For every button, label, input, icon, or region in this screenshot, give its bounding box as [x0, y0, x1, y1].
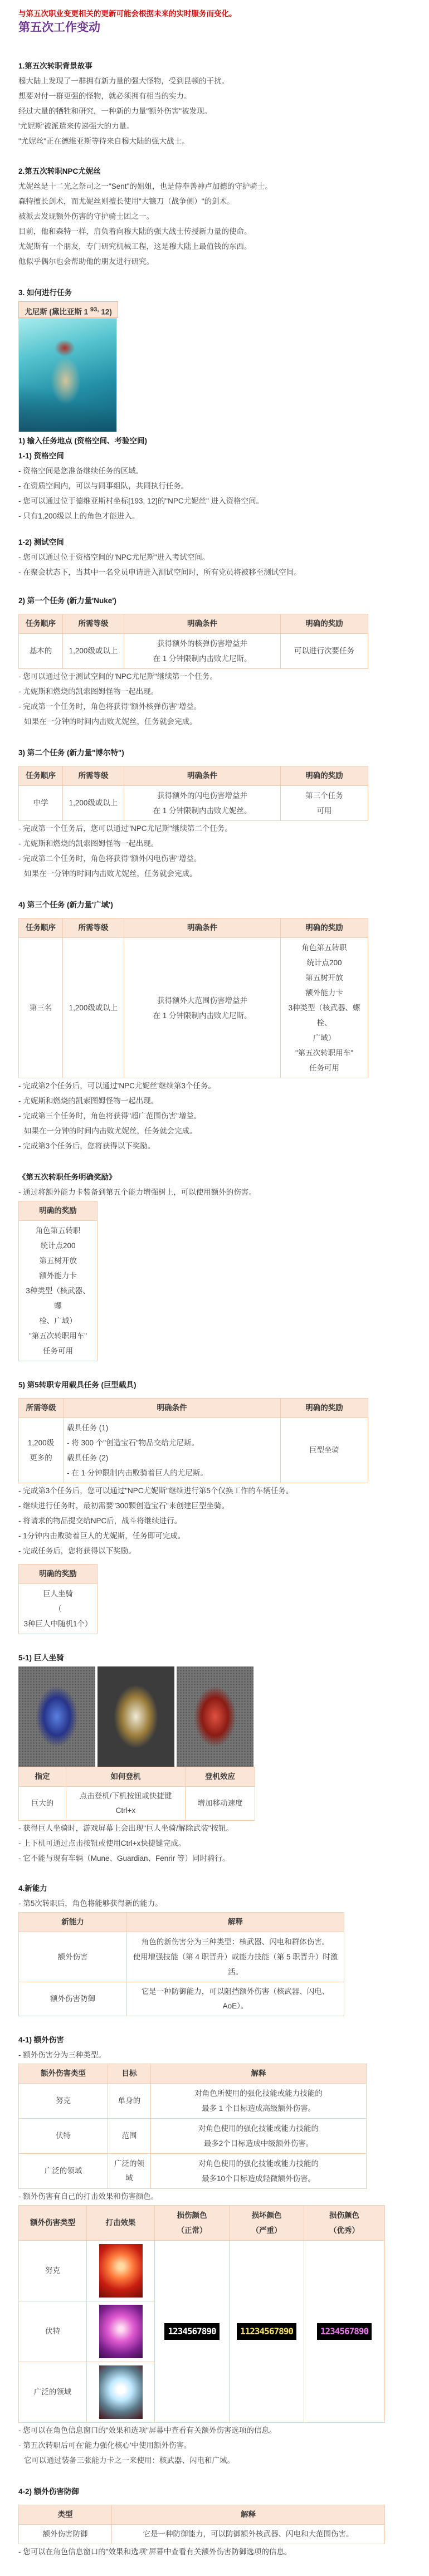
- text-line: 第五树开放: [22, 1253, 94, 1268]
- text-line: （: [22, 1601, 94, 1616]
- new-ability-heading: 4.新能力: [18, 1881, 412, 1896]
- text-line: - 在 1 分钟限制内击败骑着巨人的尤尼斯。: [67, 1465, 277, 1480]
- table-cell: 1,200级或以上: [63, 786, 124, 821]
- text-line: 更多的: [22, 1450, 60, 1465]
- table-header-cell: 解释: [151, 2064, 367, 2084]
- table-cell: 巨型坐骑: [281, 1418, 368, 1483]
- table-cell: 11234567890: [230, 2241, 304, 2423]
- table-cell: 1,200级或以上: [63, 938, 124, 1078]
- table-cell: 对角色所使用的强化技能或能力技能的 最多 1 个目标造成高级额外伤害。: [151, 2084, 367, 2119]
- text-line: - 完成任务后，您将获得以下奖励。: [18, 1543, 412, 1558]
- giant-mount-images: [18, 1666, 412, 1767]
- text-line: 3种类型（核武器、螺: [22, 1283, 94, 1313]
- text-line: 广域）: [284, 1030, 364, 1045]
- table-cell: [87, 2362, 155, 2423]
- text-line: 如果在一分钟的时间内击败尤妮丝，任务就会完成。: [18, 1123, 412, 1138]
- text-line: - 1分钟内击败骑着巨人的尤妮斯，任务即可完成。: [18, 1528, 412, 1543]
- text-line: 如果在一分钟的时间内击败尤妮丝，任务就会完成。: [18, 714, 412, 729]
- table-header-cell: 任务顺序: [19, 614, 63, 634]
- text-line: 第五树开放: [284, 970, 364, 985]
- text-line: - 获得巨人坐骑时，游戏屏幕上会出现"巨人坐骑/解除武装"按钮。: [18, 1821, 412, 1836]
- red-giant-mount-image: [177, 1666, 253, 1767]
- table-cell: 它是一种防御能力，可以阻挡额外伤害（核武器、闪电、AoE）。: [127, 1982, 344, 2016]
- text-line: 获得额外的核弹伤害增益并: [128, 636, 277, 651]
- text-line: - 尤妮斯和燃烧的凯索图姆怪物一起出现。: [18, 836, 412, 851]
- npc-yunis-portrait-image: [18, 318, 117, 432]
- table-cell: 广泛的领域: [108, 2154, 151, 2189]
- text-line: 3种巨人中随机1个）: [22, 1616, 94, 1631]
- text-line: （优秀）: [308, 2223, 381, 2238]
- table-header-cell: 明确条件: [124, 918, 281, 938]
- text-line: - 在资质空间内，可以与同事组队，共同执行任务。: [18, 478, 412, 493]
- table-header-cell: 明确的奖励: [19, 1201, 97, 1221]
- text-line: - 资格空间是您准备继续任务的区域。: [18, 463, 412, 478]
- text-line: "尤妮丝"正在德维亚斯等待来自穆大陆的强大战士。: [18, 134, 412, 149]
- text-line: 经过大量的牺牲和研究，一种新的力量"额外伤害"被发现。: [18, 104, 412, 119]
- table-cell: 它是一种防御能力，可以防御额外核武器、闪电和大范围伤害。: [112, 2525, 385, 2544]
- text-line: （严重）: [233, 2223, 300, 2238]
- text-line: 尤妮丝是十二光之祭司之一"Sent"的姐姐，也是侍奉善神卢加德的守护骑士。: [18, 179, 412, 194]
- table-cell: 1,200级 更多的: [19, 1418, 64, 1483]
- text-line: 最多10个目标造成轻微额外伤害。: [154, 2171, 363, 2186]
- table-header-cell: 明确条件: [124, 766, 281, 786]
- text-line: 1,200级: [22, 1435, 60, 1450]
- text-line: - 在聚会状态下，当其中一名党员申请进入测试空间时，所有党员将被移至测试空间。: [18, 565, 412, 580]
- table-header-cell: 解释: [127, 1913, 344, 1932]
- table-cell: 中学: [19, 786, 63, 821]
- table-header-cell: 登机效应: [186, 1767, 255, 1787]
- text-line: 损伤颜色: [308, 2208, 381, 2223]
- table-header-cell: 明确的奖励: [19, 1565, 97, 1584]
- text-line: - 尤妮斯和燃烧的凯索图姆怪物一起出现。: [18, 1093, 412, 1108]
- table-cell: 伏特: [19, 2119, 108, 2154]
- table-cell: 点击登机/下机按钮或快捷键Ctrl+x: [66, 1787, 186, 1821]
- text-line: - 额外伤害分为三种类型。: [18, 2047, 412, 2062]
- table-header-cell: 打击效果: [87, 2206, 155, 2241]
- wide-area-hit-effect-image: [99, 2365, 143, 2419]
- table-cell: 努克: [19, 2241, 87, 2301]
- table-cell: 增加移动速度: [186, 1787, 255, 1821]
- text-line: 任务可用: [284, 1060, 364, 1076]
- page-title: 第五次工作变动: [18, 19, 412, 36]
- table-cell: 1234567890: [155, 2241, 230, 2423]
- notice-text: 与第五次职业变更相关的更新可能会根据未来的实时服务而变化。: [18, 8, 412, 19]
- damage-color-table: 额外伤害类型 打击效果 损伤颜色 （正常） 损坏颜色 （严重） 损伤颜色 （优秀…: [18, 2205, 385, 2423]
- text-line: 3种类型（核武器、螺栓、: [284, 1000, 364, 1030]
- text-line: 对角色使用的强化技能或能力技能的: [154, 2121, 363, 2136]
- text-line: 获得额外大范围伤害增益并: [128, 993, 277, 1008]
- text-line: 最多2个目标造成中级额外伤害。: [154, 2136, 363, 2151]
- table-cell: 对角色使用的强化技能或能力技能的 最多10个目标造成轻微额外伤害。: [151, 2154, 367, 2189]
- table-header-cell: 解释: [112, 2505, 385, 2525]
- vehicle-quest-table: 所需等级 明确条件 明确的奖励 1,200级 更多的 载具任务 (1) - 将 …: [18, 1398, 368, 1483]
- table-cell: 第三个任务 可用: [281, 786, 368, 821]
- text-line: 额外能力卡: [22, 1268, 94, 1283]
- text-line: 第三个任务: [284, 788, 364, 803]
- table-cell: 获得额外的闪电伤害增益并 在 1 分钟限制内击败尤妮丝。: [124, 786, 281, 821]
- text-line: - 额外伤害有自己的打击效果和伤害颜色。: [18, 2189, 412, 2204]
- text-line: 目前，他和森特一样，肩负着向穆大陆的强大战士传授新力量的使命。: [18, 224, 412, 239]
- giant-mount-heading: 5-1) 巨人坐骑: [18, 1650, 412, 1665]
- table-cell: 第三名: [19, 938, 63, 1078]
- table-cell: 获得额外的核弹伤害增益并 在 1 分钟限制内击败尤尼斯。: [124, 634, 281, 669]
- text-line: 森特擅长剑术，而尤妮丝则擅长使用"大镰刀（战争侧）"的剑术。: [18, 194, 412, 209]
- text-line: - 您可以通过位于资格空间的"NPC尤尼斯"进入考试空间。: [18, 550, 412, 565]
- table-header-cell: 任务顺序: [19, 918, 63, 938]
- table-header-cell: 新能力: [19, 1913, 127, 1932]
- table-header-cell: 指定: [19, 1767, 66, 1787]
- text-line: 损坏颜色: [233, 2208, 300, 2223]
- damage-number-normal: 1234567890: [164, 2323, 219, 2340]
- table-header-cell: 额外伤害类型: [19, 2064, 108, 2084]
- table-cell: 角色的新伤害分为三种类型：核武器、闪电和群体伤害。 使用增强技能（第 4 职晋升…: [127, 1932, 344, 1982]
- text-line: 获得额外的闪电伤害增益并: [128, 788, 277, 803]
- text-line: 在 1 分钟限制内击败尤尼斯。: [128, 1008, 277, 1023]
- damage-number-severe: 11234567890: [237, 2323, 296, 2340]
- text-line: （正常）: [158, 2223, 226, 2238]
- task2-table: 任务顺序 所需等级 明确条件 明确的奖励 中学 1,200级或以上 获得额外的闪…: [18, 766, 368, 821]
- text-line: 载具任务 (2): [67, 1450, 277, 1465]
- task3-heading: 4) 第三个任务 (新力量'广域'): [18, 897, 412, 912]
- text-line: 想要对付一群更强的怪物，就必须拥有相当的实力。: [18, 89, 412, 104]
- text-line: - 完成第二个任务时，角色将获得"额外闪电伤害"增益。: [18, 851, 412, 866]
- text-line: 被派去发现额外伤害的守护骑士团之一。: [18, 209, 412, 224]
- reward-summary-table: 明确的奖励 角色第五转职 统计点200 第五树开放 额外能力卡 3种类型（核武器…: [18, 1201, 97, 1361]
- extra-damage-defense-table: 类型 解释 额外伤害防御 它是一种防御能力，可以防御额外核武器、闪电和大范围伤害…: [18, 2505, 385, 2544]
- text-line: 使用增强技能（第 4 职晋升）或能力技能（第 5 职晋升）时激活。: [130, 1949, 340, 1979]
- table-cell: 角色第五转职 统计点200 第五树开放 额外能力卡 3种类型（核武器、螺栓、 广…: [281, 938, 368, 1078]
- task2-heading: 3) 第二个任务 (新力量"博尔特"): [18, 745, 412, 760]
- task3-table: 任务顺序 所需等级 明确条件 明确的奖励 第三名 1,200级或以上 获得额外大…: [18, 918, 368, 1078]
- table-header-cell: 损伤颜色 （正常）: [155, 2206, 230, 2241]
- section-1-heading: 1.第五次转职背景故事: [18, 58, 412, 74]
- table-cell: 角色第五转职 统计点200 第五树开放 额外能力卡 3种类型（核武器、螺 栓、广…: [19, 1221, 97, 1361]
- text-line: 它可以通过装备三张能力卡之一来使用：核武器、闪电和广域。: [18, 2453, 412, 2468]
- section-2-heading: 2.第五次转职NPC尤妮丝: [18, 164, 412, 179]
- table-header-cell: 所需等级: [19, 1399, 64, 1418]
- text-line: 他似乎偶尔也会帮助他的朋友进行研究。: [18, 254, 412, 269]
- text-line: - 尤妮斯和燃烧的凯索图姆怪物一起出现。: [18, 684, 412, 699]
- table-header-cell: 任务顺序: [19, 766, 63, 786]
- text-line: 统计点200: [22, 1238, 94, 1253]
- table-cell: 1,200级或以上: [63, 634, 124, 669]
- text-line: 穆大陆上发现了一群拥有新力量的强大怪物，受到昆顿的干扰。: [18, 74, 412, 89]
- table-header-cell: 所需等级: [63, 918, 124, 938]
- table-header-cell: 损伤颜色 （优秀）: [304, 2206, 385, 2241]
- white-giant-mount-image: [97, 1666, 174, 1767]
- table-header-cell: 损坏颜色 （严重）: [230, 2206, 304, 2241]
- table-cell: 巨人坐骑 （ 3种巨人中随机1个）: [19, 1584, 97, 1634]
- task1-table: 任务顺序 所需等级 明确条件 明确的奖励 基本的 1,200级或以上 获得额外的…: [18, 614, 368, 669]
- table-cell: 巨大的: [19, 1787, 66, 1821]
- text-line: 对角色所使用的强化技能或能力技能的: [154, 2086, 363, 2101]
- volt-hit-effect-image: [99, 2305, 143, 2358]
- text-line: 尤妮斯有一个朋友，专门研究机械工程，这是穆大陆上最值钱的东西。: [18, 239, 412, 254]
- text-line: 额外能力卡: [284, 985, 364, 1000]
- table-cell: 对角色使用的强化技能或能力技能的 最多2个目标造成中级额外伤害。: [151, 2119, 367, 2154]
- table-header-cell: 明确条件: [124, 614, 281, 634]
- text-line: 巨人坐骑: [22, 1586, 94, 1601]
- text-line: 在 1 分钟限制内击败尤尼斯。: [128, 651, 277, 666]
- new-ability-table: 新能力 解释 额外伤害 角色的新伤害分为三种类型：核武器、闪电和群体伤害。 使用…: [18, 1912, 344, 2016]
- extra-damage-type-table: 额外伤害类型 目标 解释 努克 单身的 对角色所使用的强化技能或能力技能的 最多…: [18, 2064, 367, 2189]
- text-line: - 您可以通过位于德维亚斯村坐标[193, 12]的"NPC尤妮丝" 进入资格空…: [18, 493, 412, 509]
- table-cell: 载具任务 (1) - 将 300 个"创造宝石"物品交给尤尼斯。 载具任务 (2…: [64, 1418, 281, 1483]
- table-header-cell: 目标: [108, 2064, 151, 2084]
- patch-notes-document: 与第五次职业变更相关的更新可能会根据未来的实时服务而变化。 第五次工作变动 1.…: [0, 0, 429, 2576]
- text-line: 栓、广域）: [22, 1313, 94, 1328]
- text-line: - 通过将额外能力卡装备到第五个能力增强树上，可以使用额外的伤害。: [18, 1185, 412, 1200]
- text-line: - 只有1,200级以上的角色才能进入。: [18, 509, 412, 524]
- table-header-cell: 明确的奖励: [281, 766, 368, 786]
- giant-mount-table: 指定 如何登机 登机效应 巨大的 点击登机/下机按钮或快捷键Ctrl+x 增加移…: [18, 1767, 255, 1821]
- text-line: 角色的新伤害分为三种类型：核武器、闪电和群体伤害。: [130, 1934, 340, 1949]
- damage-number-excellent: 1234567890: [317, 2323, 372, 2340]
- table-cell: 获得额外大范围伤害增益并 在 1 分钟限制内击败尤尼斯。: [124, 938, 281, 1078]
- vehicle-reward-table: 明确的奖励 巨人坐骑 （ 3种巨人中随机1个）: [18, 1564, 97, 1634]
- npc-caption-coords: 12): [99, 308, 112, 316]
- test-space-heading: 1-2) 测试空间: [18, 535, 412, 550]
- table-header-cell: 所需等级: [63, 614, 124, 634]
- text-line: 可用: [284, 803, 364, 818]
- table-cell: 可以进行次要任务: [281, 634, 368, 669]
- text-line: 载具任务 (1): [67, 1420, 277, 1435]
- vehicle-quest-heading: 5) 第5转职专用载具任务 (巨型载具): [18, 1377, 412, 1392]
- text-line: - 完成第一个任务后，您可以通过"NPC尤尼斯"继续第二个任务。: [18, 821, 412, 836]
- table-header-cell: 明确的奖励: [281, 918, 368, 938]
- text-line: - 完成第3个任务后，您可以通过"NPC尤妮斯"继续进行第5个仅换工作的车辆任务…: [18, 1483, 412, 1498]
- table-cell: 额外伤害防御: [19, 1982, 127, 2016]
- text-line: 最多 1 个目标造成高级额外伤害。: [154, 2101, 363, 2116]
- text-line: 任务可用: [22, 1343, 94, 1358]
- text-line: 角色第五转职: [22, 1223, 94, 1238]
- table-cell: [87, 2241, 155, 2301]
- text-line: - 完成第一个任务时，角色将获得"额外核弹伤害"增益。: [18, 699, 412, 714]
- text-line: - 完成第2个任务后，可以通过'NPC尤妮丝'继续第3个任务。: [18, 1078, 412, 1093]
- table-header-cell: 明确条件: [64, 1399, 281, 1418]
- table-header-cell: 如何登机: [66, 1767, 186, 1787]
- npc-caption-sup: 93,: [90, 306, 99, 313]
- table-cell: 广泛的领域: [19, 2362, 87, 2423]
- text-line: 统计点200: [284, 955, 364, 970]
- text-line: - 将 300 个"创造宝石"物品交给尤尼斯。: [67, 1435, 277, 1450]
- table-header-cell: 类型: [19, 2505, 112, 2525]
- text-line: 对角色使用的强化技能或能力技能的: [154, 2156, 363, 2171]
- table-header-cell: 所需等级: [63, 766, 124, 786]
- table-header-cell: 明确的奖励: [281, 1399, 368, 1418]
- text-line: "第五次转职用车": [284, 1045, 364, 1060]
- table-cell: 额外伤害: [19, 1932, 127, 1982]
- text-line: - 继续进行任务时，最初需要"300颗创造宝石"来创建巨型坐骑。: [18, 1498, 412, 1513]
- extra-damage-defense-heading: 4-2) 额外伤害防御: [18, 2484, 412, 2499]
- text-line: - 完成第3个任务后，您将获得以下奖励。: [18, 1138, 412, 1153]
- text-line: 损伤颜色: [158, 2208, 226, 2223]
- text-line: - 您可以在角色信息窗口的"效果和选项"屏幕中查看有关额外伤害防御选项的信息。: [18, 2544, 412, 2559]
- task1-heading: 2) 第一个任务 (新力量'Nuke'): [18, 593, 412, 608]
- text-line: 如果在一分钟的时间内击败尤妮丝，任务就会完成。: [18, 866, 412, 881]
- text-line: - 它不能与现有车辆（Mune、Guardian、Fenrir 等）同时骑行。: [18, 1851, 412, 1866]
- text-line: - 第5次转职后，角色将能够获得新的能力。: [18, 1896, 412, 1911]
- quest-location-heading: 1) 输入任务地点 (资格空间、考验空间): [18, 433, 412, 448]
- text-line: - 您可以通过位于测试空间的"NPC尤尼斯"继续第一个任务。: [18, 669, 412, 684]
- qualification-space-heading: 1-1) 资格空间: [18, 448, 412, 463]
- text-line: 角色第五转职: [284, 940, 364, 955]
- blue-giant-mount-image: [18, 1666, 95, 1767]
- table-cell: 基本的: [19, 634, 63, 669]
- text-line: '尤妮斯'被派遣来传递强大的力量。: [18, 119, 412, 134]
- text-line: - 上下机可通过点击按钮或使用Ctrl+x快捷键完成。: [18, 1836, 412, 1851]
- reward-summary-heading: 《第五次转职任务明确奖励》: [18, 1170, 412, 1185]
- text-line: - 完成第三个任务时，角色将获得"超广范围伤害"增益。: [18, 1108, 412, 1123]
- table-cell: 努克: [19, 2084, 108, 2119]
- section-3-heading: 3. 如何进行任务: [18, 285, 412, 300]
- table-cell: 单身的: [108, 2084, 151, 2119]
- table-header-cell: 明确的奖励: [281, 614, 368, 634]
- nuke-hit-effect-image: [99, 2244, 143, 2298]
- table-cell: [87, 2301, 155, 2362]
- table-header-cell: 额外伤害类型: [19, 2206, 87, 2241]
- table-cell: 额外伤害防御: [19, 2525, 112, 2544]
- text-line: - 第五次转职后可在'能力强化核心'中使用额外伤害。: [18, 2438, 412, 2453]
- npc-caption: 尤尼斯 (黛比亚斯 1 93, 12): [18, 301, 118, 318]
- table-cell: 范围: [108, 2119, 151, 2154]
- table-cell: 1234567890: [304, 2241, 385, 2423]
- table-cell: 伏特: [19, 2301, 87, 2362]
- text-line: "第五次转职用车": [22, 1328, 94, 1343]
- text-line: - 您可以在角色信息窗口的"效果和选项"屏幕中查看有关额外伤害选项的信息。: [18, 2423, 412, 2438]
- table-cell: 广泛的领域: [19, 2154, 108, 2189]
- text-line: 在 1 分钟限制内击败尤妮丝。: [128, 803, 277, 818]
- extra-damage-heading: 4-1) 额外伤害: [18, 2032, 412, 2047]
- text-line: - 将请求的物品提交给NPC后，战斗将继续进行。: [18, 1513, 412, 1528]
- npc-caption-text: 尤尼斯 (黛比亚斯 1: [25, 308, 90, 316]
